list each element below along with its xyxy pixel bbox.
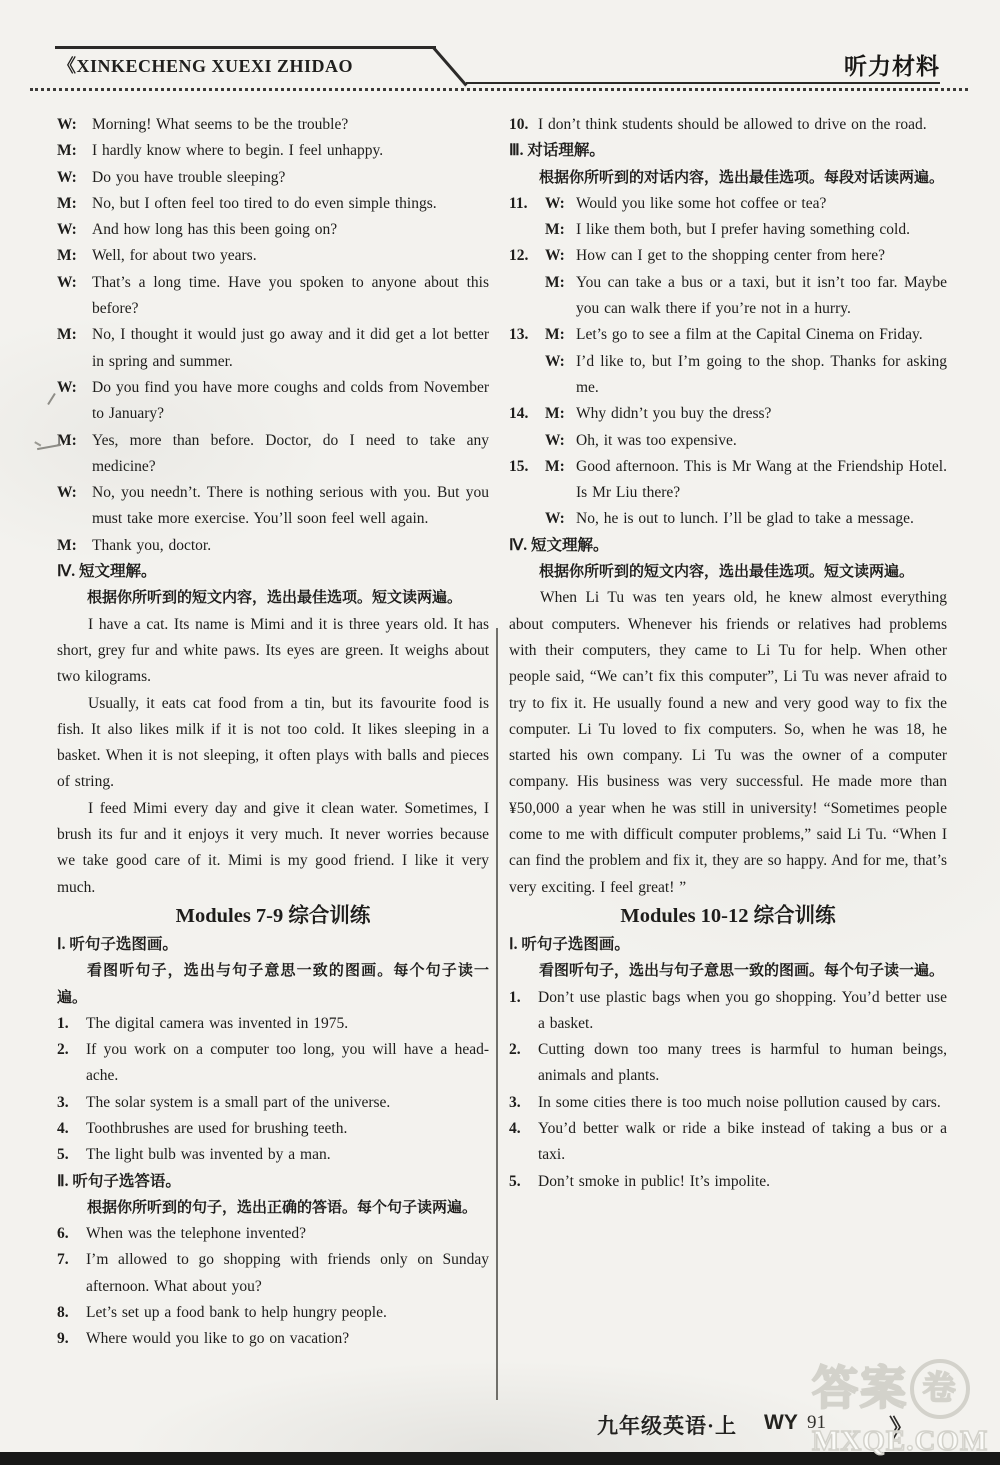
page-footer: 九年级英语·上 WY 91 》 [0, 1406, 1000, 1450]
header-rule-left [55, 46, 436, 49]
item-number [509, 270, 545, 323]
section-heading: Ⅲ. 对话理解。 [509, 138, 947, 164]
module-heading: Modules 7-9 综合训练 [57, 901, 489, 932]
left-column: W:Morning! What seems to be the trouble?… [57, 112, 489, 1353]
numbered-dialog-line: W:Oh, it was too expensive. [509, 428, 947, 454]
line-text: Ⅳ. 短文理解。 [509, 537, 609, 554]
numbered-item: 5.The light bulb was invented by a man. [57, 1142, 489, 1168]
passage-paragraph: I have a cat. Its name is Mimi and it is… [57, 612, 489, 691]
item-number [509, 506, 545, 532]
line-text: Ⅳ. 短文理解。 [57, 563, 157, 580]
line-text: Ⅰ. 听句子选图画。 [509, 936, 630, 953]
speaker-label: W: [57, 270, 92, 323]
line-text: If you work on a computer too long, you … [86, 1037, 489, 1090]
line-text: Where would you like to go on vacation? [86, 1326, 489, 1352]
line-text: And how long has this been going on? [92, 217, 489, 243]
line-text: Good afternoon. This is Mr Wang at the F… [576, 454, 947, 507]
line-text: When Li Tu was ten years old, he knew al… [509, 589, 947, 895]
section-heading: Ⅳ. 短文理解。 [509, 533, 947, 559]
line-text: Would you like some hot coffee or tea? [576, 191, 947, 217]
numbered-dialog-line: 15.M:Good afternoon. This is Mr Wang at … [509, 454, 947, 507]
dialog-line: W:And how long has this been going on? [57, 217, 489, 243]
numbered-item: 4.You’d better walk or ride a bike inste… [509, 1116, 947, 1169]
line-text: Why didn’t you buy the dress? [576, 401, 947, 427]
passage-paragraph: Usually, it eats cat food from a tin, bu… [57, 691, 489, 796]
line-text: Thank you, doctor. [92, 533, 489, 559]
line-text: 看图听句子，选出与句子意思一致的图画。每个句子读一遍。 [539, 963, 944, 979]
dialog-line: M:I hardly know where to begin. I feel u… [57, 138, 489, 164]
speaker-label: W: [545, 428, 576, 454]
line-text: Well, for about two years. [92, 243, 489, 269]
numbered-dialog-line: M:You can take a bus or a taxi, but it i… [509, 270, 947, 323]
line-text: Don’t smoke in public! It’s impolite. [538, 1169, 947, 1195]
numbered-item: 1.Don’t use plastic bags when you go sho… [509, 985, 947, 1038]
item-number: 11. [509, 191, 545, 217]
line-text: Usually, it eats cat food from a tin, bu… [57, 695, 489, 791]
line-text: Ⅲ. 对话理解。 [509, 142, 605, 159]
numbered-dialog-line: 14.M:Why didn’t you buy the dress? [509, 401, 947, 427]
speaker-label: M: [57, 243, 92, 269]
item-number: 5. [57, 1142, 86, 1168]
item-number [509, 217, 545, 243]
line-text: The light bulb was invented by a man. [86, 1142, 489, 1168]
line-text: Ⅰ. 听句子选图画。 [57, 936, 178, 953]
item-number: 8. [57, 1300, 86, 1326]
item-number: 7. [57, 1247, 86, 1300]
line-text: 根据你所听到的短文内容，选出最佳选项。短文读两遍。 [539, 564, 914, 580]
speaker-label: M: [57, 138, 92, 164]
item-number: 10. [509, 112, 538, 138]
speaker-label: M: [57, 191, 92, 217]
speaker-label: M: [57, 322, 92, 375]
line-text: 根据你所听到的句子，选出正确的答语。每个句子读两遍。 [87, 1200, 477, 1216]
numbered-dialog-line: W:I’d like to, but I’m going to the shop… [509, 349, 947, 402]
speaker-label: W: [57, 217, 92, 243]
line-text: I have a cat. Its name is Mimi and it is… [57, 616, 489, 686]
book-title: 九年级英语·上 [597, 1410, 737, 1440]
item-number: 4. [509, 1116, 538, 1169]
passage-paragraph: I feed Mimi every day and give it clean … [57, 796, 489, 901]
line-text: I don’t think students should be allowed… [538, 112, 947, 138]
dialog-line: M:No, I thought it would just go away an… [57, 322, 489, 375]
line-text: You’d better walk or ride a bike instead… [538, 1116, 947, 1169]
dialog-line: M:Well, for about two years. [57, 243, 489, 269]
item-number: 5. [509, 1169, 538, 1195]
scan-edge-bar [0, 1452, 1000, 1465]
header-rule-right [466, 82, 940, 84]
line-text: Don’t use plastic bags when you go shopp… [538, 985, 947, 1038]
speaker-label: W: [545, 506, 576, 532]
line-text: Modules 10-12 综合训练 [620, 905, 835, 927]
speaker-label: W: [545, 191, 576, 217]
item-number: 12. [509, 243, 545, 269]
line-text: I’d like to, but I’m going to the shop. … [576, 349, 947, 402]
numbered-item: 2.If you work on a computer too long, yo… [57, 1037, 489, 1090]
line-text: Morning! What seems to be the trouble? [92, 112, 489, 138]
line-text: I hardly know where to begin. I feel unh… [92, 138, 489, 164]
numbered-item: 7.I’m allowed to go shopping with friend… [57, 1247, 489, 1300]
section-heading: Ⅱ. 听句子选答语。 [57, 1169, 489, 1195]
line-text: I like them both, but I prefer having so… [576, 217, 947, 243]
line-text: Cutting down too many trees is harmful t… [538, 1037, 947, 1090]
line-text: The solar system is a small part of the … [86, 1090, 489, 1116]
speaker-label: M: [545, 322, 576, 348]
passage-paragraph: When Li Tu was ten years old, he knew al… [509, 585, 947, 901]
line-text: Yes, more than before. Doctor, do I need… [92, 428, 489, 481]
column-divider-rule [496, 628, 498, 1400]
line-text: In some cities there is too much noise p… [538, 1090, 947, 1116]
speaker-label: W: [57, 112, 92, 138]
line-text: How can I get to the shopping center fro… [576, 243, 947, 269]
module-heading: Modules 10-12 综合训练 [509, 901, 947, 932]
line-text: You can take a bus or a taxi, but it isn… [576, 270, 947, 323]
dialog-line: W:No, you needn’t. There is nothing seri… [57, 480, 489, 533]
line-text: That’s a long time. Have you spoken to a… [92, 270, 489, 323]
page-title: 听力材料 [844, 48, 940, 81]
numbered-item: 3.The solar system is a small part of th… [57, 1090, 489, 1116]
speaker-label: W: [57, 480, 92, 533]
header-rule-diagonal [432, 46, 468, 86]
line-text: Ⅱ. 听句子选答语。 [57, 1173, 181, 1190]
speaker-label: M: [57, 428, 92, 481]
item-number: 14. [509, 401, 545, 427]
numbered-item: 9.Where would you like to go on vacation… [57, 1326, 489, 1352]
numbered-dialog-line: M:I like them both, but I prefer having … [509, 217, 947, 243]
line-text: Do you have trouble sleeping? [92, 165, 489, 191]
line-text: Do you find you have more coughs and col… [92, 375, 489, 428]
line-text: No, you needn’t. There is nothing seriou… [92, 480, 489, 533]
line-text: The digital camera was invented in 1975. [86, 1011, 489, 1037]
line-text: Let’s set up a food bank to help hungry … [86, 1300, 489, 1326]
numbered-dialog-line: 11.W:Would you like some hot coffee or t… [509, 191, 947, 217]
numbered-item: 3.In some cities there is too much noise… [509, 1090, 947, 1116]
speaker-label: M: [545, 217, 576, 243]
line-text: I feed Mimi every day and give it clean … [57, 800, 489, 896]
numbered-item: 4.Toothbrushes are used for brushing tee… [57, 1116, 489, 1142]
dialog-line: M:Yes, more than before. Doctor, do I ne… [57, 428, 489, 481]
speaker-label: M: [545, 270, 576, 323]
item-number: 1. [509, 985, 538, 1038]
item-number: 6. [57, 1221, 86, 1247]
numbered-item: 1.The digital camera was invented in 197… [57, 1011, 489, 1037]
speaker-label: W: [57, 375, 92, 428]
header-dotted-rule [30, 88, 968, 91]
item-number: 15. [509, 454, 545, 507]
instruction-text: 根据你所听到的短文内容，选出最佳选项。短文读两遍。 [57, 585, 489, 611]
line-text: No, but I often feel too tired to do eve… [92, 191, 489, 217]
dialog-line: M:Thank you, doctor. [57, 533, 489, 559]
numbered-item: 6.When was the telephone invented? [57, 1221, 489, 1247]
line-text: When was the telephone invented? [86, 1221, 489, 1247]
dialog-line: W:Morning! What seems to be the trouble? [57, 112, 489, 138]
dialog-line: W:Do you find you have more coughs and c… [57, 375, 489, 428]
speaker-label: M: [545, 401, 576, 427]
dialog-line: W:That’s a long time. Have you spoken to… [57, 270, 489, 323]
line-text: 根据你所听到的对话内容，选出最佳选项。每段对话读两遍。 [539, 170, 944, 186]
line-text: 看图听句子，选出与句子意思一致的图画。每个句子读一遍。 [57, 963, 489, 1005]
numbered-item: 2.Cutting down too many trees is harmful… [509, 1037, 947, 1090]
numbered-dialog-line: 12.W:How can I get to the shopping cente… [509, 243, 947, 269]
speaker-label: W: [57, 165, 92, 191]
section-heading: Ⅰ. 听句子选图画。 [57, 932, 489, 958]
item-number: 4. [57, 1116, 86, 1142]
item-number: 1. [57, 1011, 86, 1037]
line-text: Toothbrushes are used for brushing teeth… [86, 1116, 489, 1142]
line-text: No, he is out to lunch. I’ll be glad to … [576, 506, 947, 532]
dialog-line: M:No, but I often feel too tired to do e… [57, 191, 489, 217]
instruction-text: 看图听句子，选出与句子意思一致的图画。每个句子读一遍。 [57, 958, 489, 1011]
instruction-text: 根据你所听到的对话内容，选出最佳选项。每段对话读两遍。 [509, 165, 947, 191]
item-number: 2. [57, 1037, 86, 1090]
line-text: 根据你所听到的短文内容，选出最佳选项。短文读两遍。 [87, 590, 462, 606]
instruction-text: 根据你所听到的短文内容，选出最佳选项。短文读两遍。 [509, 559, 947, 585]
line-text: Oh, it was too expensive. [576, 428, 947, 454]
brand-logo: 《XINKECHENG XUEXI ZHIDAO [58, 52, 353, 78]
instruction-text: 根据你所听到的句子，选出正确的答语。每个句子读两遍。 [57, 1195, 489, 1221]
line-text: No, I thought it would just go away and … [92, 322, 489, 375]
item-number: 13. [509, 322, 545, 348]
section-heading: Ⅰ. 听句子选图画。 [509, 932, 947, 958]
line-text: Modules 7-9 综合训练 [176, 905, 371, 927]
item-number: 3. [57, 1090, 86, 1116]
right-column: 10.I don’t think students should be allo… [509, 112, 947, 1195]
item-number [509, 428, 545, 454]
instruction-text: 看图听句子，选出与句子意思一致的图画。每个句子读一遍。 [509, 958, 947, 984]
numbered-dialog-line: W:No, he is out to lunch. I’ll be glad t… [509, 506, 947, 532]
item-number: 9. [57, 1326, 86, 1352]
footer-arrow-icon: 》 [889, 1408, 913, 1443]
line-text: Let’s go to see a film at the Capital Ci… [576, 322, 947, 348]
dialog-line: W:Do you have trouble sleeping? [57, 165, 489, 191]
numbered-dialog-line: 13.M:Let’s go to see a film at the Capit… [509, 322, 947, 348]
speaker-label: W: [545, 349, 576, 402]
edition-code: WY [764, 1411, 798, 1435]
item-number: 2. [509, 1037, 538, 1090]
numbered-item: 10.I don’t think students should be allo… [509, 112, 947, 138]
item-number: 3. [509, 1090, 538, 1116]
line-text: I’m allowed to go shopping with friends … [86, 1247, 489, 1300]
numbered-item: 8.Let’s set up a food bank to help hungr… [57, 1300, 489, 1326]
speaker-label: M: [57, 533, 92, 559]
margin-scribble-icon [47, 393, 56, 405]
item-number [509, 349, 545, 402]
numbered-item: 5.Don’t smoke in public! It’s impolite. [509, 1169, 947, 1195]
page-number: 91 [807, 1412, 826, 1434]
speaker-label: M: [545, 454, 576, 507]
section-heading: Ⅳ. 短文理解。 [57, 559, 489, 585]
speaker-label: W: [545, 243, 576, 269]
